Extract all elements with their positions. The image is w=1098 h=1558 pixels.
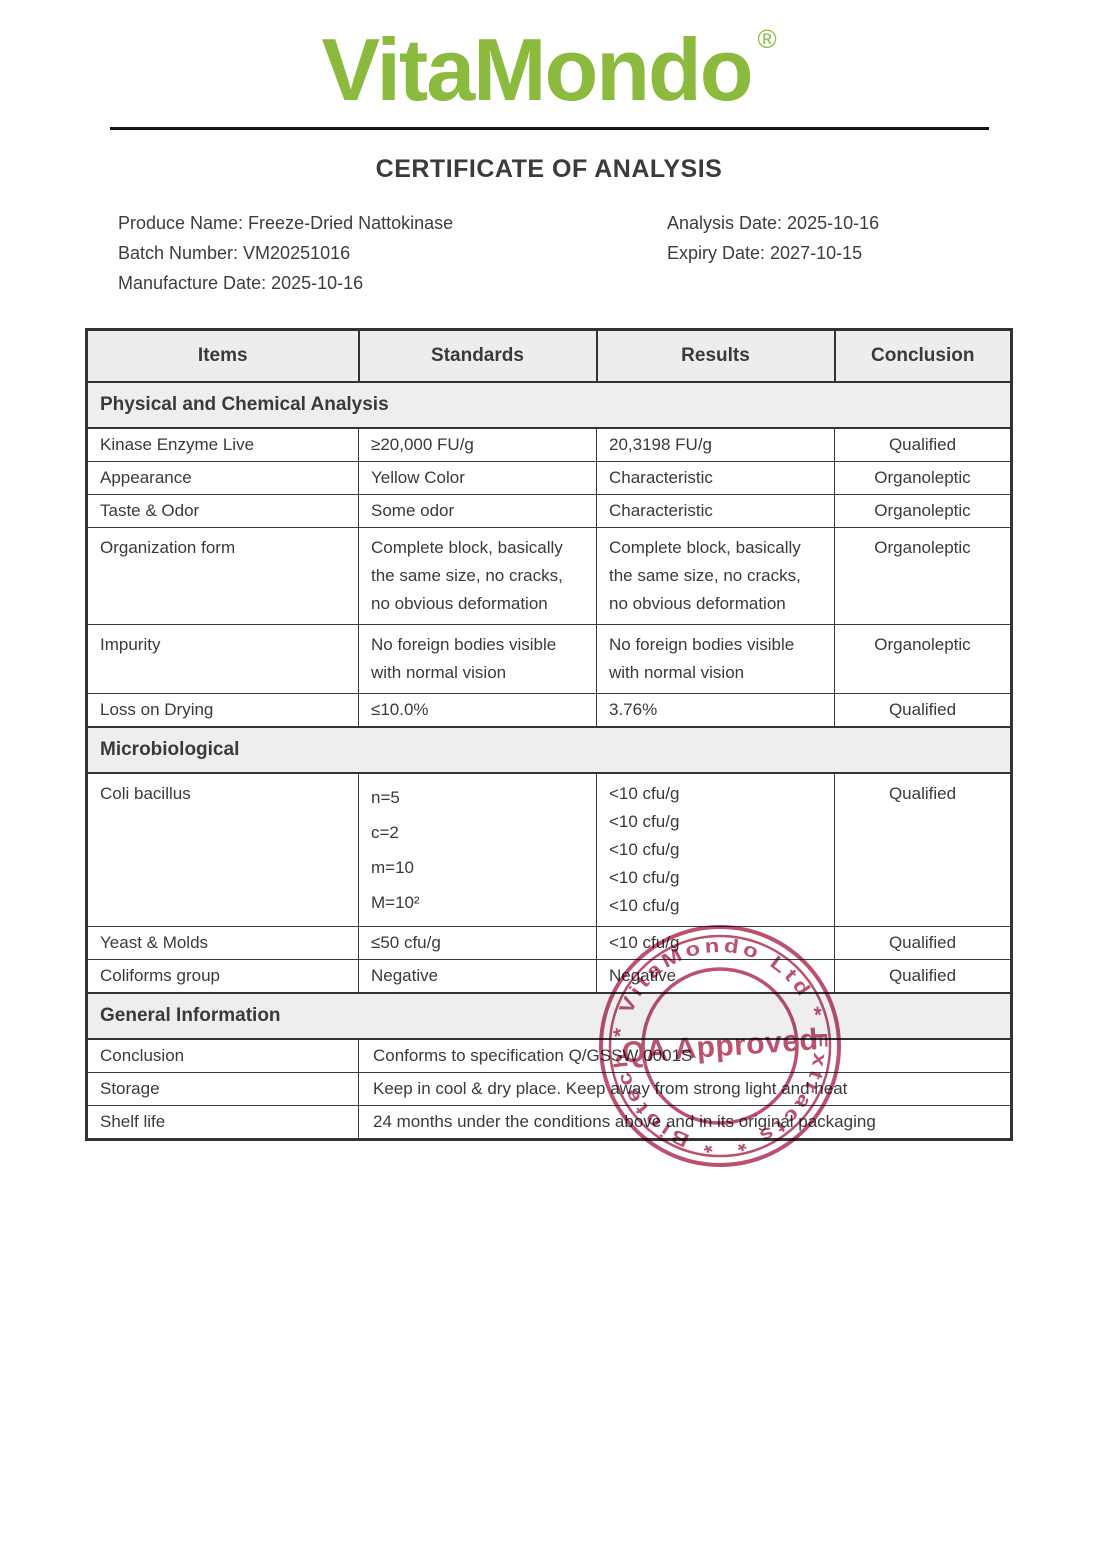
cell-item: Coli bacillus <box>87 773 359 927</box>
cell-conclusion: Qualified <box>835 694 1012 728</box>
cell-standard: ≤10.0% <box>359 694 597 728</box>
product-info-left: Produce Name: Freeze-Dried Nattokinase B… <box>118 208 453 298</box>
cell-standard: Complete block, basically the same size,… <box>359 528 597 625</box>
table-row: Conclusion Conforms to specification Q/G… <box>87 1039 1012 1073</box>
table-row: Yeast & Molds ≤50 cfu/g <10 cfu/g Qualif… <box>87 927 1012 960</box>
produce-name: Produce Name: Freeze-Dried Nattokinase <box>118 208 453 238</box>
cell-result: <10 cfu/g <10 cfu/g <10 cfu/g <10 cfu/g … <box>597 773 835 927</box>
header-divider <box>110 127 989 130</box>
cell-item: Appearance <box>87 462 359 495</box>
cell-conclusion: Qualified <box>835 960 1012 994</box>
section-row: Microbiological <box>87 727 1012 773</box>
registered-trademark-symbol: ® <box>757 24 776 54</box>
column-header-standards: Standards <box>359 330 597 383</box>
cell-result: 20,3198 FU/g <box>597 428 835 462</box>
cell-item: Taste & Odor <box>87 495 359 528</box>
product-info: Produce Name: Freeze-Dried Nattokinase B… <box>0 208 1098 312</box>
cell-conclusion: Qualified <box>835 773 1012 927</box>
cell-standard: Negative <box>359 960 597 994</box>
column-header-conclusion: Conclusion <box>835 330 1012 383</box>
table-header-row: Items Standards Results Conclusion <box>87 330 1012 383</box>
cell-conclusion: Organoleptic <box>835 528 1012 625</box>
section-title-general-information: General Information <box>87 993 1012 1039</box>
cell-result: 3.76% <box>597 694 835 728</box>
table-row: Taste & Odor Some odor Characteristic Or… <box>87 495 1012 528</box>
column-header-items: Items <box>87 330 359 383</box>
cell-item: Storage <box>87 1073 359 1106</box>
table-row: Kinase Enzyme Live ≥20,000 FU/g 20,3198 … <box>87 428 1012 462</box>
cell-item: Yeast & Molds <box>87 927 359 960</box>
cell-item: Kinase Enzyme Live <box>87 428 359 462</box>
cell-conclusion: Organoleptic <box>835 462 1012 495</box>
cell-result: <10 cfu/g <box>597 927 835 960</box>
analysis-table: Items Standards Results Conclusion Physi… <box>85 328 1013 1141</box>
table-row: Organization form Complete block, basica… <box>87 528 1012 625</box>
cell-detail: Keep in cool & dry place. Keep away from… <box>359 1073 1012 1106</box>
table-row: Shelf life 24 months under the condition… <box>87 1106 1012 1140</box>
cell-result: Complete block, basically the same size,… <box>597 528 835 625</box>
cell-standard: ≤50 cfu/g <box>359 927 597 960</box>
table-row: Loss on Drying ≤10.0% 3.76% Qualified <box>87 694 1012 728</box>
section-row: Physical and Chemical Analysis <box>87 382 1012 428</box>
cell-result: Characteristic <box>597 462 835 495</box>
table-row: Storage Keep in cool & dry place. Keep a… <box>87 1073 1012 1106</box>
section-row: General Information <box>87 993 1012 1039</box>
cell-standard: No foreign bodies visible with normal vi… <box>359 625 597 694</box>
logo: VitaMondo® <box>0 0 1098 114</box>
column-header-results: Results <box>597 330 835 383</box>
manufacture-date: Manufacture Date: 2025-10-16 <box>118 268 453 298</box>
page-title: CERTIFICATE OF ANALYSIS <box>0 155 1098 184</box>
cell-item: Loss on Drying <box>87 694 359 728</box>
analysis-date: Analysis Date: 2025-10-16 <box>667 208 879 238</box>
cell-standard: Yellow Color <box>359 462 597 495</box>
cell-result: Negative <box>597 960 835 994</box>
cell-detail: 24 months under the conditions above and… <box>359 1106 1012 1140</box>
logo-wordmark: VitaMondo <box>321 20 751 119</box>
table-row: Appearance Yellow Color Characteristic O… <box>87 462 1012 495</box>
cell-result: Characteristic <box>597 495 835 528</box>
table-row: Impurity No foreign bodies visible with … <box>87 625 1012 694</box>
cell-item: Impurity <box>87 625 359 694</box>
cell-conclusion: Organoleptic <box>835 495 1012 528</box>
cell-conclusion: Qualified <box>835 428 1012 462</box>
cell-standard: n=5 c=2 m=10 M=10² <box>359 773 597 927</box>
cell-item: Coliforms group <box>87 960 359 994</box>
table-row: Coli bacillus n=5 c=2 m=10 M=10² <10 cfu… <box>87 773 1012 927</box>
batch-number: Batch Number: VM20251016 <box>118 238 453 268</box>
cell-standard: ≥20,000 FU/g <box>359 428 597 462</box>
cell-standard: Some odor <box>359 495 597 528</box>
cell-conclusion: Qualified <box>835 927 1012 960</box>
product-info-right: Analysis Date: 2025-10-16 Expiry Date: 2… <box>667 208 879 268</box>
section-title-physical-chemical: Physical and Chemical Analysis <box>87 382 1012 428</box>
cell-result: No foreign bodies visible with normal vi… <box>597 625 835 694</box>
cell-item: Shelf life <box>87 1106 359 1140</box>
table-row: Coliforms group Negative Negative Qualif… <box>87 960 1012 994</box>
certificate-page: VitaMondo® CERTIFICATE OF ANALYSIS Produ… <box>0 0 1098 1558</box>
expiry-date: Expiry Date: 2027-10-15 <box>667 238 879 268</box>
section-title-microbiological: Microbiological <box>87 727 1012 773</box>
cell-item: Organization form <box>87 528 359 625</box>
cell-detail: Conforms to specification Q/GSSW 0001S <box>359 1039 1012 1073</box>
cell-item: Conclusion <box>87 1039 359 1073</box>
cell-conclusion: Organoleptic <box>835 625 1012 694</box>
